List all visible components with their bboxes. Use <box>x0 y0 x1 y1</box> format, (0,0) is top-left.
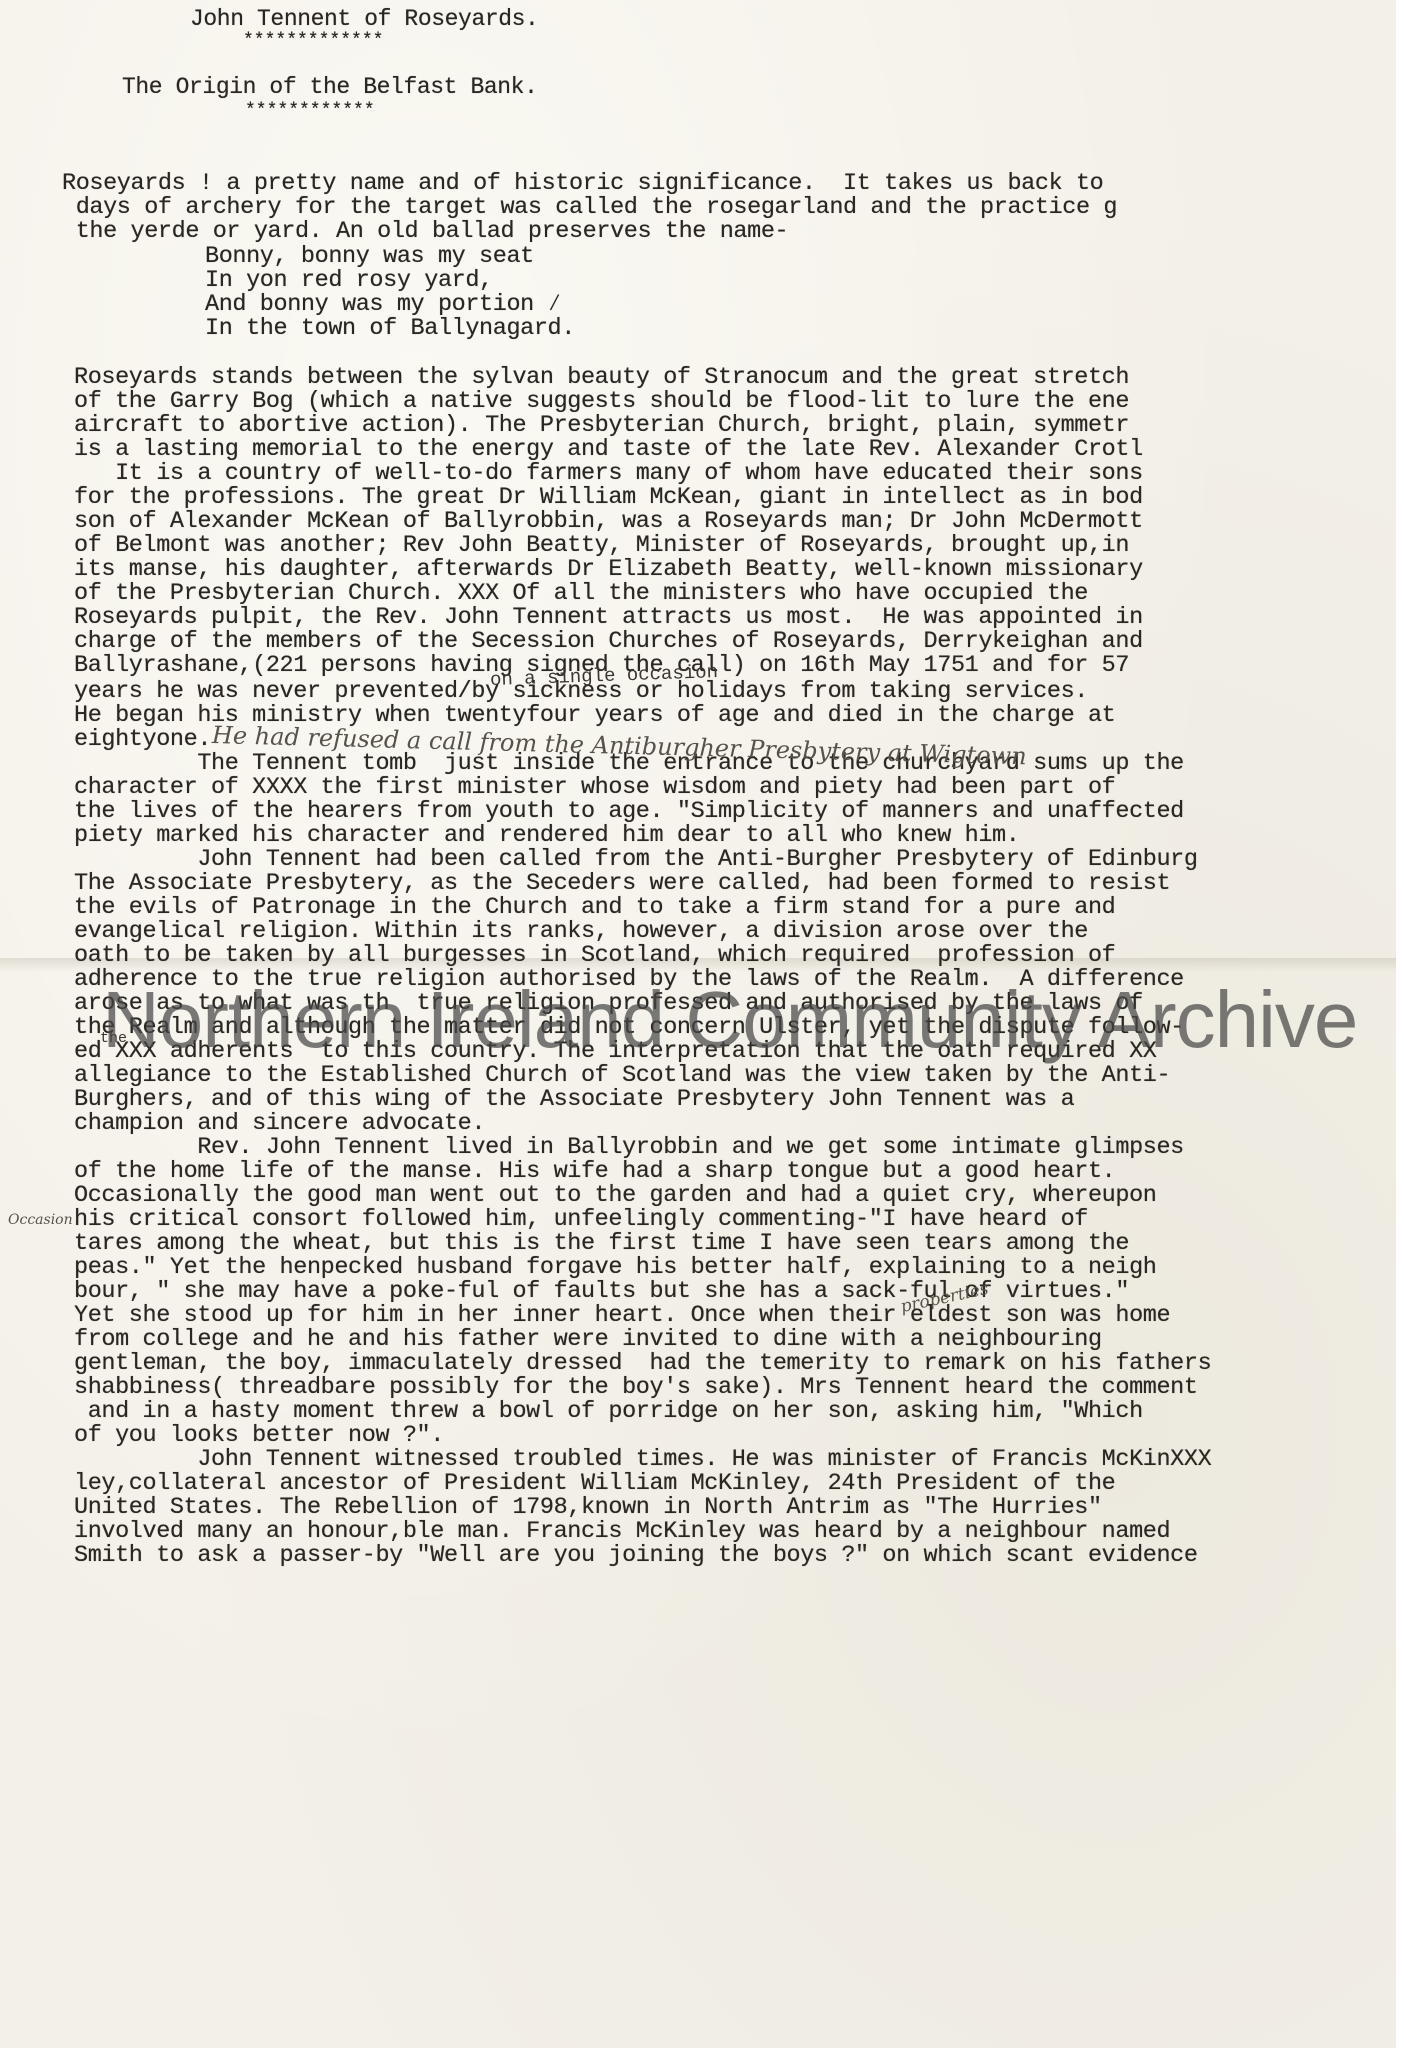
text-line: John Tennent witnessed troubled times. H… <box>74 1448 1211 1472</box>
text-line: Bonny, bonny was my seat <box>205 245 534 269</box>
text-line: peas." Yet the henpecked husband forgave… <box>74 1256 1156 1280</box>
text-line: days of archery for the target was calle… <box>62 196 1117 220</box>
text-line: Occasionally the good man went out to th… <box>74 1184 1156 1208</box>
text-line: tares among the wheat, but this is the f… <box>74 1232 1129 1256</box>
text-line: of the home life of the manse. His wife … <box>74 1160 1115 1184</box>
text-line: ley,collateral ancestor of President Wil… <box>74 1472 1115 1496</box>
text-line: of Belmont was another; Rev John Beatty,… <box>74 534 1129 558</box>
text-line: Yet she stood up for him in her inner he… <box>74 1304 1170 1328</box>
text-line: aircraft to abortive action). The Presby… <box>74 414 1129 438</box>
text-line: of you looks better now ?". <box>74 1424 444 1448</box>
text-line: his critical consort followed him, unfee… <box>74 1208 1088 1232</box>
document-page: John Tennent of Roseyards. *************… <box>0 0 1396 2048</box>
text-line: Rev. John Tennent lived in Ballyrobbin a… <box>74 1136 1184 1160</box>
text-line: Burghers, and of this wing of the Associ… <box>74 1088 1074 1112</box>
text-line: from college and he and his father were … <box>74 1328 1102 1352</box>
text-line: John Tennent had been called from the An… <box>74 848 1198 872</box>
text-line: The Associate Presbytery, as the Seceder… <box>74 872 1170 896</box>
text-line: charge of the members of the Secession C… <box>74 630 1143 654</box>
text-line: It is a country of well-to-do farmers ma… <box>74 462 1143 486</box>
text-line: eightyone. <box>74 728 211 752</box>
text-line: United States. The Rebellion of 1798,kno… <box>74 1496 1102 1520</box>
text-line: is a lasting memorial to the energy and … <box>74 438 1143 462</box>
text-line: piety marked his character and rendered … <box>74 824 1019 848</box>
subtitle-separator: ************ <box>245 102 375 120</box>
text-line: the yerde or yard. An old ballad preserv… <box>62 220 788 244</box>
text-line: Roseyards ! a pretty name and of histori… <box>62 172 1103 196</box>
handwritten-margin-note: Occasion <box>8 1213 73 1227</box>
watermark: Northern Ireland Community Archive <box>102 980 1357 1060</box>
text-line: character of XXXX the first minister who… <box>74 776 1115 800</box>
text-line: shabbiness( threadbare possibly for the … <box>74 1376 1198 1400</box>
text-line: its manse, his daughter, afterwards Dr E… <box>74 558 1143 582</box>
title-separator: ************* <box>243 32 383 50</box>
text-line: for the professions. The great Dr Willia… <box>74 486 1143 510</box>
text-line: involved many an honour,ble man. Francis… <box>74 1520 1170 1544</box>
text-line: Smith to ask a passer-by "Well are you j… <box>74 1544 1198 1568</box>
text-line: the evils of Patronage in the Church and… <box>74 896 1115 920</box>
text-line: of the Presbyterian Church. XXX Of all t… <box>74 582 1088 606</box>
text-line: allegiance to the Established Church of … <box>74 1064 1170 1088</box>
text-line: gentleman, the boy, immaculately dressed… <box>74 1352 1211 1376</box>
text-line: the lives of the hearers from youth to a… <box>74 800 1184 824</box>
text-line: and in a hasty moment threw a bowl of po… <box>74 1400 1143 1424</box>
text-line: son of Alexander McKean of Ballyrobbin, … <box>74 510 1143 534</box>
text-line: Roseyards pulpit, the Rev. John Tennent … <box>74 606 1143 630</box>
text-line: oath to be taken by all burgesses in Sco… <box>74 944 1115 968</box>
document-title: John Tennent of Roseyards. <box>190 8 538 31</box>
text-line: In yon red rosy yard, <box>205 269 493 293</box>
text-line: In the town of Ballynagard. <box>205 317 575 341</box>
text-line: And bonny was my portion ⁄ <box>205 293 561 317</box>
document-subtitle: The Origin of the Belfast Bank. <box>122 76 537 99</box>
text-line: Roseyards stands between the sylvan beau… <box>74 366 1129 390</box>
text-line: evangelical religion. Within its ranks, … <box>74 920 1088 944</box>
text-line: champion and sincere advocate. <box>74 1112 485 1136</box>
text-line: of the Garry Bog (which a native suggest… <box>74 390 1129 414</box>
